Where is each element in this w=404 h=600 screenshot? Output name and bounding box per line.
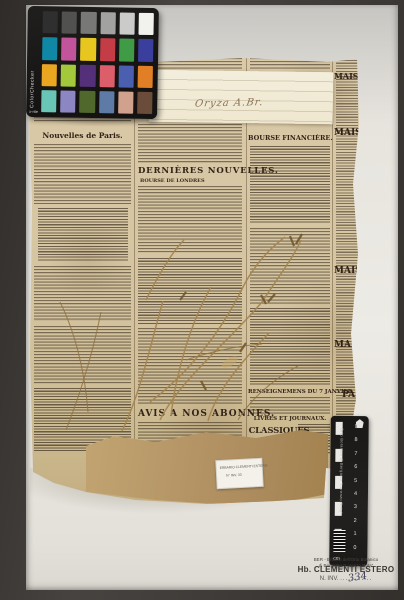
ruler-number: 5 — [354, 478, 357, 484]
caption-line2: di Bergamo "Lorenzo Rota" — [292, 563, 400, 568]
colorchecker-patch-r3c1 — [42, 64, 58, 87]
caption-line1: BER - Erbario dell'Orto Botanico — [292, 557, 400, 562]
colorchecker-patch-r4c1 — [41, 90, 57, 113]
colorchecker-card: ColorChecker x-rite — [26, 6, 159, 119]
colorchecker-patch-r3c6 — [137, 65, 153, 88]
ruler-number: 9 — [355, 424, 358, 430]
scale-ruler: 9876543210 Orto Botanico di Bergamo "Lor… — [329, 416, 369, 566]
specimen-inventory-label: ERBARIO CLEMENTI ESTERO N° INV. 33 — [215, 458, 263, 489]
specimen-label-line2: N° INV. 33 — [226, 473, 242, 478]
ruler-number: 2 — [354, 518, 357, 524]
colorchecker-patch-r3c2 — [61, 64, 77, 87]
colorchecker-patch-r2c2 — [61, 38, 77, 61]
colorchecker-patch-r3c4 — [99, 65, 115, 88]
archive-photo: Nouvelles de Paris. DERNIÈRES NOUVELLES.… — [0, 0, 404, 600]
colorchecker-patch-r1c3 — [81, 12, 97, 35]
colorchecker-patch-r2c1 — [42, 37, 58, 60]
ruler-number: 0 — [353, 545, 356, 551]
colorchecker-patch-r2c6 — [138, 39, 154, 62]
colorchecker-patch-r3c5 — [118, 65, 134, 88]
ruler-number: 3 — [354, 504, 357, 510]
colorchecker-patch-r1c6 — [138, 13, 154, 36]
colorchecker-patch-r2c5 — [119, 39, 135, 62]
archive-caption: BER - Erbario dell'Orto Botanico di Berg… — [292, 552, 400, 582]
ruler-number: 4 — [354, 491, 357, 497]
ruler-number: 8 — [354, 437, 357, 443]
ruler-number: 1 — [354, 531, 357, 537]
colorchecker-patch-r4c2 — [60, 90, 76, 113]
colorchecker-patch-r1c1 — [43, 11, 59, 34]
colorchecker-patch-r4c6 — [137, 92, 153, 115]
colorchecker-patch-r4c5 — [118, 91, 134, 114]
ruler-number: 7 — [354, 451, 357, 457]
colorchecker-patch-r1c4 — [100, 12, 116, 35]
inventory-row: N. INV. ............ 334 — [292, 576, 400, 582]
colorchecker-patch-r2c3 — [80, 38, 96, 61]
specimen-label-line1: ERBARIO CLEMENTI ESTERO — [220, 464, 268, 470]
colorchecker-label: ColorChecker — [29, 12, 37, 108]
inventory-label: N. INV. — [320, 576, 339, 582]
colorchecker-patch-r4c4 — [99, 91, 115, 114]
xrite-logo: x-rite — [29, 109, 38, 114]
colorchecker-patch-r1c5 — [119, 12, 135, 35]
colorchecker-patch-r2c4 — [100, 38, 116, 61]
colorchecker-patch-r4c3 — [79, 91, 95, 114]
colorchecker-patches — [41, 11, 154, 114]
ruler-number: 6 — [354, 464, 357, 470]
colorchecker-patch-r3c3 — [80, 64, 96, 87]
colorchecker-patch-r1c2 — [62, 11, 78, 34]
